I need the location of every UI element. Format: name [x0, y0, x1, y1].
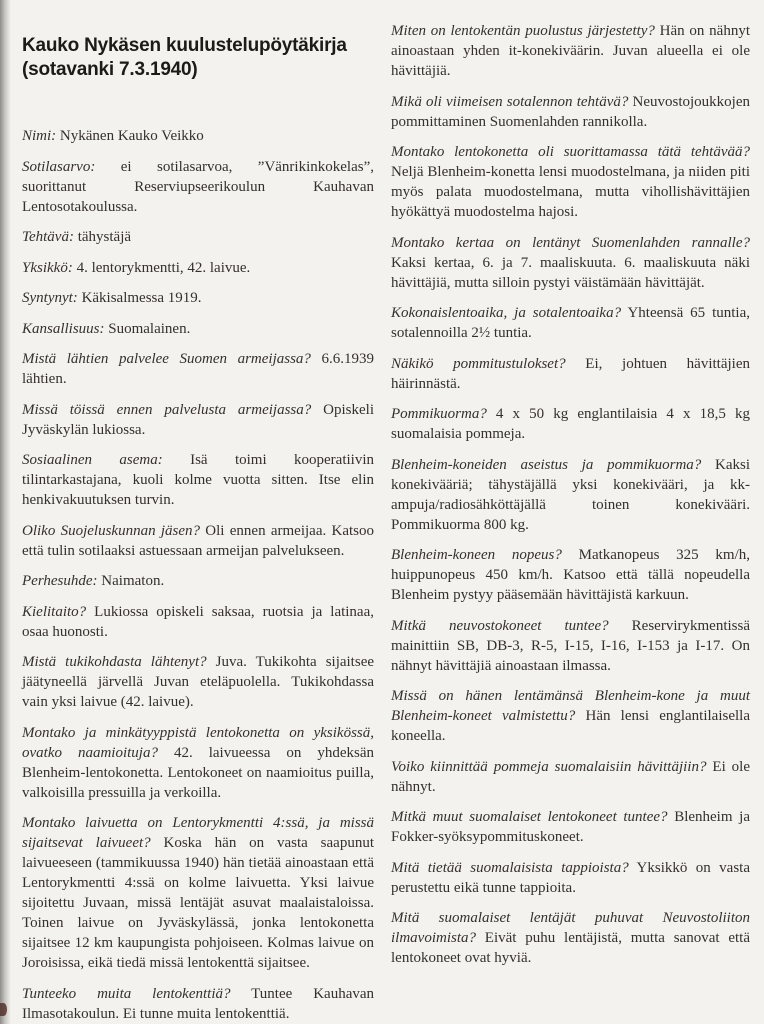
question-text: Mitkä muut suomalaiset lentokoneet tunte…: [391, 809, 668, 825]
qa-paragraph: Tunteeko muita lentokenttiä? Tuntee Kauh…: [22, 984, 374, 1024]
question-text: Tehtävä:: [22, 229, 74, 245]
qa-paragraph: Mitä suomalaiset lentäjät puhuvat Neuvos…: [391, 908, 750, 968]
question-text: Mistä tukikohdasta lähtenyt?: [22, 654, 207, 670]
answer-text: tähystäjä: [74, 229, 131, 245]
question-text: Voiko kiinnittää pommeja suomalaisiin hä…: [391, 759, 706, 775]
qa-paragraph: Montako ja minkätyyppistä lentokonetta o…: [22, 723, 374, 803]
qa-paragraph: Missä on hänen lentämänsä Blenheim-kone …: [391, 686, 750, 746]
qa-paragraph: Kielitaito? Lukiossa opiskeli saksaa, ru…: [22, 602, 374, 642]
answer-text: Neljä Blenheim-konetta lensi muodostelma…: [391, 164, 750, 220]
qa-paragraph: Blenheim-koneen nopeus? Matkanopeus 325 …: [391, 545, 750, 605]
page-title: Kauko Nykäsen kuulustelupöytäkirja (sota…: [22, 34, 374, 82]
question-text: Pommikuorma?: [391, 406, 487, 422]
question-text: Kansallisuus:: [22, 321, 105, 337]
qa-paragraph: Perhesuhde: Naimaton.: [22, 571, 374, 591]
answer-text: Naimaton.: [98, 573, 165, 589]
qa-paragraph: Kokonaislentoaika, ja sotalentoaika? Yht…: [391, 303, 750, 343]
qa-paragraph: Nimi: Nykänen Kauko Veikko: [22, 126, 374, 146]
answer-text: 4. lentorykmentti, 42. laivue.: [73, 260, 250, 276]
qa-paragraph: Sotilasarvo: ei sotilasarvoa, ”Vänrikink…: [22, 157, 374, 217]
page-title-line2: (sotavanki 7.3.1940): [22, 59, 198, 80]
answer-text: Käkisalmessa 1919.: [78, 290, 202, 306]
question-text: Kokonaislentoaika, ja sotalentoaika?: [391, 305, 621, 321]
qa-paragraph: Montako kertaa on lentänyt Suomenlahden …: [391, 233, 750, 293]
qa-paragraph: Mitkä muut suomalaiset lentokoneet tunte…: [391, 807, 750, 847]
qa-paragraph: Pommikuorma? 4 x 50 kg englantilaisia 4 …: [391, 404, 750, 444]
answer-text: Suomalainen.: [105, 321, 191, 337]
qa-paragraph: Mikä oli viimeisen sotalennon tehtävä? N…: [391, 92, 750, 132]
qa-paragraph: Miten on lentokentän puolustus järjestet…: [391, 21, 750, 81]
qa-paragraph: Mitä tietää suomalaisista tappioista? Yk…: [391, 858, 750, 898]
question-text: Nimi:: [22, 128, 56, 144]
answer-text: Nykänen Kauko Veikko: [56, 128, 204, 144]
question-text: Mitkä neuvostokoneet tuntee?: [391, 618, 609, 634]
question-text: Yksikkö:: [22, 260, 73, 276]
page-columns: Kauko Nykäsen kuulustelupöytäkirja (sota…: [0, 0, 764, 1024]
question-text: Mitä tietää suomalaisista tappioista?: [391, 860, 629, 876]
question-text: Blenheim-koneiden aseistus ja pommikuorm…: [391, 457, 701, 473]
question-text: Mistä lähtien palvelee Suomen armeijassa…: [22, 351, 311, 367]
right-column-paragraphs: Miten on lentokentän puolustus järjestet…: [391, 21, 750, 968]
question-text: Mikä oli viimeisen sotalennon tehtävä?: [391, 94, 628, 110]
question-text: Sotilasarvo:: [22, 159, 95, 175]
qa-paragraph: Voiko kiinnittää pommeja suomalaisiin hä…: [391, 757, 750, 797]
qa-paragraph: Montako laivuetta on Lentorykmentti 4:ss…: [22, 813, 374, 973]
question-text: Blenheim-koneen nopeus?: [391, 547, 562, 563]
answer-text: Koska hän on vasta saapunut laivueeseen …: [22, 835, 374, 971]
question-text: Perhesuhde:: [22, 573, 98, 589]
qa-paragraph: Tehtävä: tähystäjä: [22, 227, 374, 247]
question-text: Montako lentokonetta oli suorittamassa t…: [391, 144, 750, 160]
qa-paragraph: Kansallisuus: Suomalainen.: [22, 319, 374, 339]
scanned-page: Kauko Nykäsen kuulustelupöytäkirja (sota…: [0, 0, 764, 1024]
question-text: Oliko Suojeluskunnan jäsen?: [22, 523, 200, 539]
answer-text: Kaksi kertaa, 6. ja 7. maaliskuuta. 6. m…: [391, 255, 750, 291]
left-column: Kauko Nykäsen kuulustelupöytäkirja (sota…: [22, 0, 374, 1024]
left-column-paragraphs: Nimi: Nykänen Kauko VeikkoSotilasarvo: e…: [22, 126, 374, 1024]
question-text: Sosiaalinen asema:: [22, 452, 163, 468]
qa-paragraph: Oliko Suojeluskunnan jäsen? Oli ennen ar…: [22, 521, 374, 561]
qa-paragraph: Montako lentokonetta oli suorittamassa t…: [391, 142, 750, 222]
qa-paragraph: Sosiaalinen asema: Isä toimi kooperatiiv…: [22, 450, 374, 510]
question-text: Montako kertaa on lentänyt Suomenlahden …: [391, 235, 750, 251]
qa-paragraph: Näkikö pommitustulokset? Ei, johtuen häv…: [391, 354, 750, 394]
qa-paragraph: Syntynyt: Käkisalmessa 1919.: [22, 288, 374, 308]
page-title-line1: Kauko Nykäsen kuulustelupöytäkirja: [22, 35, 347, 56]
question-text: Näkikö pommitustulokset?: [391, 356, 566, 372]
question-text: Syntynyt:: [22, 290, 78, 306]
question-text: Miten on lentokentän puolustus järjestet…: [391, 23, 655, 39]
question-text: Tunteeko muita lentokenttiä?: [22, 986, 231, 1002]
qa-paragraph: Mistä lähtien palvelee Suomen armeijassa…: [22, 349, 374, 389]
question-text: Kielitaito?: [22, 604, 86, 620]
qa-paragraph: Mistä tukikohdasta lähtenyt? Juva. Tukik…: [22, 652, 374, 712]
question-text: Missä töissä ennen palvelusta armeijassa…: [22, 402, 311, 418]
qa-paragraph: Missä töissä ennen palvelusta armeijassa…: [22, 400, 374, 440]
right-column: Miten on lentokentän puolustus järjestet…: [391, 0, 750, 1024]
qa-paragraph: Mitkä neuvostokoneet tuntee? Reservirykm…: [391, 616, 750, 676]
qa-paragraph: Yksikkö: 4. lentorykmentti, 42. laivue.: [22, 258, 374, 278]
qa-paragraph: Blenheim-koneiden aseistus ja pommikuorm…: [391, 455, 750, 535]
